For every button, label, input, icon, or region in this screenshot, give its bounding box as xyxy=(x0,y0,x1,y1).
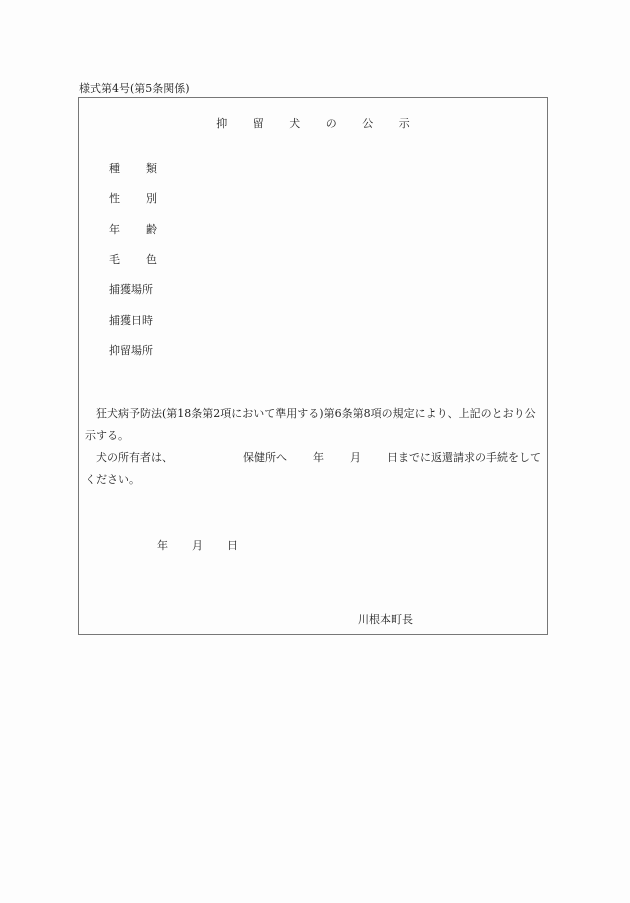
field-sex: 性別 xyxy=(109,190,157,206)
owner-instruction-paragraph: 犬の所有者は、保健所へ年月日までに返還請求の手続をしてください。 xyxy=(85,447,543,491)
title-char: 示 xyxy=(399,115,410,131)
signer-name: 川根本町長 xyxy=(358,611,413,627)
legal-basis-paragraph: 狂犬病予防法(第18条第2項において準用する)第6条第8項の規定により、上記のと… xyxy=(85,403,543,447)
notice-title: 抑 留 犬 の 公 示 xyxy=(79,115,547,131)
field-capture-datetime: 捕獲日時 xyxy=(109,312,157,328)
title-char: 留 xyxy=(253,115,264,131)
title-char: 犬 xyxy=(289,115,300,131)
field-capture-place: 捕獲場所 xyxy=(109,281,157,297)
title-char: 公 xyxy=(362,115,373,131)
notice-frame: 抑 留 犬 の 公 示 種類 性別 年齢 毛色 捕獲場所 捕獲日時 抑留場所 狂… xyxy=(78,97,548,635)
field-detention-place: 抑留場所 xyxy=(109,342,157,358)
notice-body: 狂犬病予防法(第18条第2項において準用する)第6条第8項の規定により、上記のと… xyxy=(85,403,543,491)
notice-date: 年月日 xyxy=(157,537,262,553)
form-number-label: 様式第4号(第5条関係) xyxy=(79,80,190,96)
title-char: の xyxy=(326,115,337,131)
field-age: 年齢 xyxy=(109,221,157,237)
field-coat-color: 毛色 xyxy=(109,251,157,267)
field-type: 種類 xyxy=(109,160,157,176)
title-char: 抑 xyxy=(216,115,227,131)
